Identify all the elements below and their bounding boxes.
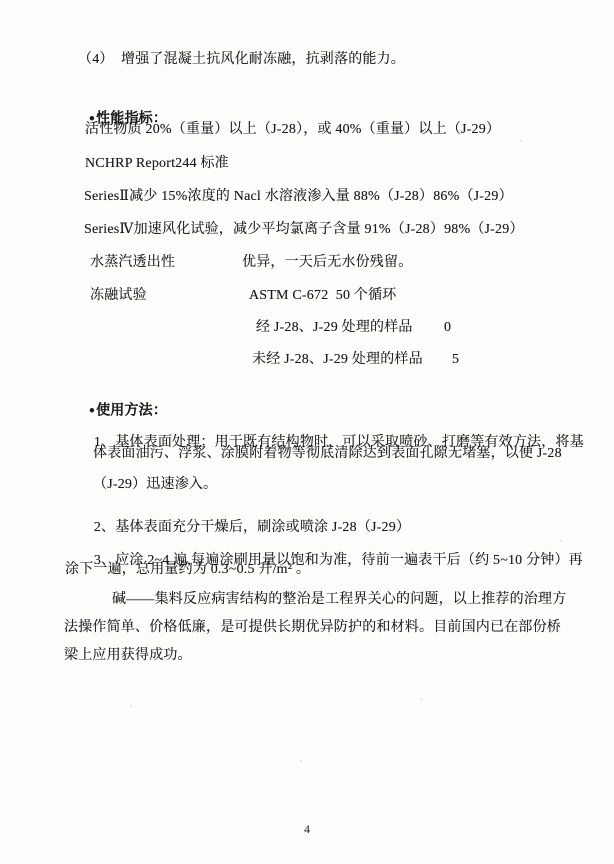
perf-line-active-content: 活性物质 20%（重量）以上（J-28），或 40%（重量）以上（J-29）: [85, 120, 500, 140]
spec-label-freeze-thaw: 冻融试验: [90, 286, 147, 306]
scan-speckle: [520, 140, 522, 142]
spec-result-untreated-sample: 5: [452, 350, 459, 370]
usage-item-1-line-1: 1、基体表面处理：用于既有结构物时，可以采取喷砂、打磨等有效方法，将基: [79, 413, 584, 473]
spec-value-untreated-sample: 未经 J-28、J-29 处理的样品: [252, 350, 423, 370]
page-number: 4: [0, 821, 614, 837]
closing-paragraph-line-2: 法操作简单、价格低廉，是可提供长期优异防护的和材料。目前国内已在部份桥: [64, 618, 561, 638]
scan-speckle: [420, 698, 422, 700]
perf-line-series2: SeriesⅡ减少 15%浓度的 Nacl 水溶液渗入量 88%（J-28）86…: [84, 187, 513, 207]
scan-speckle: [300, 760, 302, 762]
closing-paragraph-line-1: 碱——集料反应病害结构的整治是工程界关心的问题，以上推荐的治理方: [112, 590, 566, 610]
closing-paragraph-line-3: 梁上应用获得成功。: [64, 646, 192, 666]
spec-value-freeze-thaw: ASTM C-672 50 个循环: [249, 286, 397, 306]
usage-item-1-line-3: （J-29）迅速渗入。: [93, 475, 217, 495]
perf-line-nchrp-standard: NCHRP Report244 标准: [85, 154, 229, 174]
scan-speckle: [130, 705, 132, 707]
scan-speckle: [560, 540, 562, 542]
spec-value-vapor: 优异，一天后无水份残留。: [242, 253, 412, 273]
numbered-point-4: （4） 增强了混凝土抗风化耐冻融，抗剥落的能力。: [78, 50, 405, 70]
spec-result-treated-sample: 0: [444, 318, 451, 338]
usage-item-1-line-2: 体表面油污、浮浆、涂膜附着物等彻底清除达到表面孔隙无堵塞，以便 J-28: [93, 444, 562, 464]
spec-value-treated-sample: 经 J-28、J-29 处理的样品: [256, 318, 413, 338]
document-page: （4） 增强了混凝土抗风化耐冻融，抗剥落的能力。 ●性能指标： 活性物质 20%…: [0, 0, 614, 864]
usage-item-3-line-2: 涂下一遍，总用量约为 0.3~0.5 升/m² 。: [65, 560, 310, 580]
spec-label-vapor: 水蒸汽透出性: [90, 253, 175, 273]
perf-line-series4: SeriesⅣ加速风化试验，减少平均氯离子含量 91%（J-28）98%（J-2…: [84, 220, 524, 240]
